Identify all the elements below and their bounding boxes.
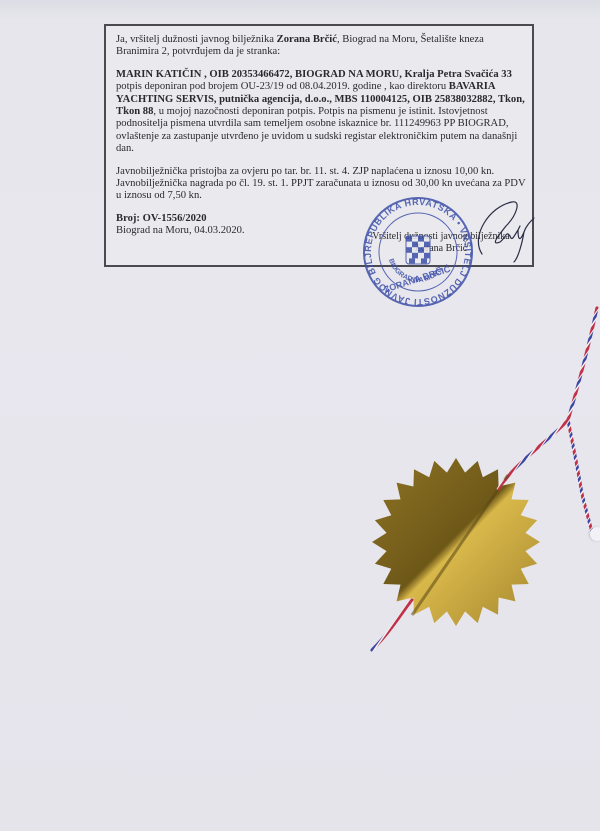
document-page: Ja, vršitelj dužnosti javnog bilježnika … [0, 0, 600, 831]
party-paragraph: MARIN KATIČIN , OIB 20353466472, BIOGRAD… [116, 69, 528, 156]
party-text-1: potpis deponiran pod brojem OU-23/19 od … [116, 81, 449, 92]
notary-stamp-icon: REPUBLIKA HRVATSKA • VRŠITELJ DUŽNOSTI J… [362, 196, 474, 308]
intro-paragraph: Ja, vršitelj dužnosti javnog bilježnika … [116, 34, 528, 59]
notary-name: Zorana Brčić [277, 34, 337, 45]
intro-prefix: Ja, vršitelj dužnosti javnog bilježnika [116, 34, 277, 45]
fee-line-1: Javnobilježnička pristojba za ovjeru po … [116, 166, 494, 177]
party-text-2: , u mojoj nazočnosti deponiran potpis. P… [116, 106, 517, 154]
paper-edge-hole [590, 527, 600, 541]
handwritten-signature-icon [460, 196, 540, 266]
reference-number: Broj: OV-1556/2020 [116, 213, 207, 224]
place-date: Biograd na Moru, 04.03.2020. [116, 225, 245, 236]
party-name: MARIN KATIČIN , OIB 20353466472, BIOGRAD… [116, 69, 512, 80]
gold-seal-icon [370, 455, 542, 630]
